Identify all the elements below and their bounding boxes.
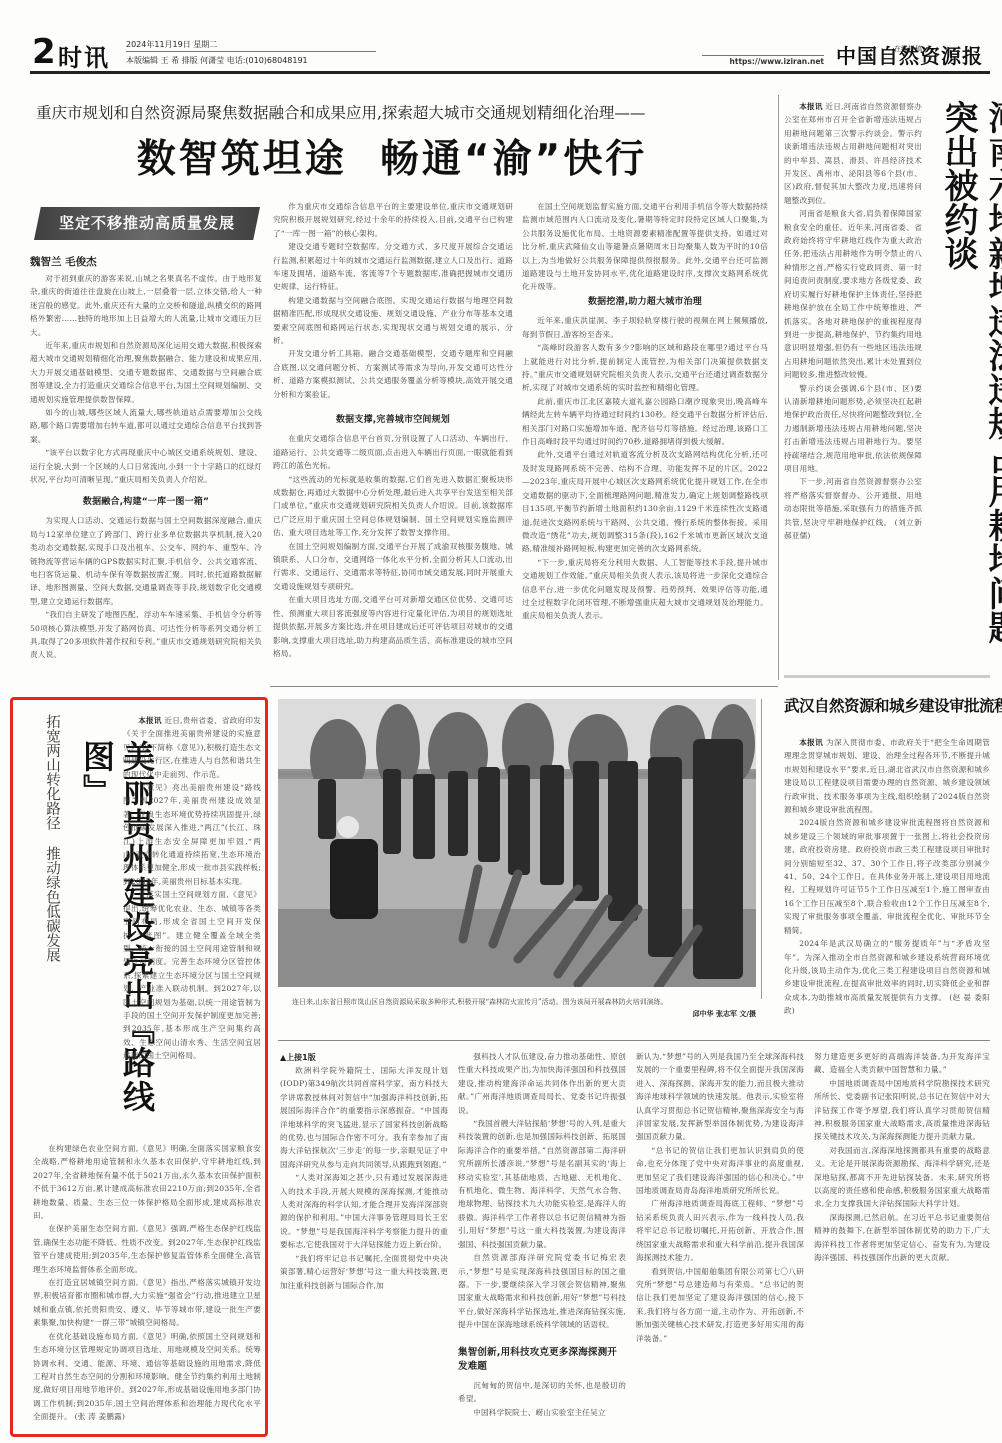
photo-image [278, 699, 756, 987]
ocean-column-2b: 集智创新,用科技攻克更多深海探测开发难题 沉甸甸的贺信中,是深切的关怀,也是殷切… [458, 1340, 626, 1440]
paragraph: 在打造宜居城镇空间方面,《意见》指出,严格落实城镇开发边界,积极培育都市圈和城市… [33, 1276, 261, 1330]
subhead-data-mining: 数据挖潜,助力超大城市治理 [522, 296, 768, 309]
paragraph: “我们将牢记总书记嘱托,全面贯彻党中央决策部署,精心运营好‘梦想’号这一重大科技… [280, 1252, 448, 1292]
column-divider [778, 95, 779, 680]
paragraph: 在重大项目选址方面,交通平台可对新增交通区位优势、交通可达性、预测重大项目客流强… [273, 593, 513, 660]
paragraph: 在落实国土空间规划方面,《意见》提出,统筹优化农业、生态、城镇等各类空间布局,形… [123, 888, 261, 1062]
paragraph: 构建交通数据与空间融合底图。实现交通运行数据与地理空间数据精准匹配,形成现状交通… [273, 294, 513, 348]
paragraph: 努力建造更多更好的高端海洋装备,为开发海洋宝藏、造福全人类贡献中国智慧和力量。” [814, 1050, 990, 1077]
lead-byline: 魏智兰 毛俊杰 [30, 254, 97, 269]
paragraph: “人类对深海知之甚少,只有通过发展深海进入的技术手段,开展大规模的深海探测,才能… [280, 1171, 448, 1251]
subhead-data-fusion: 数据融合,构建“一库一图一箱” [30, 496, 262, 509]
paragraph: 建设交通专题时空数据库。分交通方式、多尺度开展综合交通运行监测,积累超过十年的城… [273, 240, 513, 294]
paragraph: “高峰时段游客人数有多少?影响的区域和路段在哪里?通过平台马上就能进行对比分析,… [522, 341, 768, 395]
paragraph: 对我国而言,深海深地探测都具有重要的战略意义。无论是开展深海资源勘探、海洋科学研… [814, 1144, 990, 1211]
henan-body: 本报讯 近日,河南省自然资源督察办公室在郑州市召开全省新增违法违规占用耕地问题第… [784, 100, 922, 660]
paragraph: 自然资源部海洋研究院党委书记梅宏表示,“梦想”号是实现深海科技强国目标的国之重器… [458, 1251, 626, 1331]
paragraph: 《意见》亮出美丽贵州建设“路线图”:到2027年,美丽贵州建设成效显著。优良生态… [123, 781, 261, 888]
guizhou-body-bottom: 在构建绿色农业空间方面,《意见》明确,全面落实国家粮食安全战略,严格耕地用途管制… [33, 1142, 261, 1432]
lead-headline: 数智筑坦途 畅通“渝”快行 [82, 128, 702, 184]
paragraph: 警示约谈会强调,6个县(市、区)要认清新增耕地问题形势,必须坚决扛起耕地保护政治… [784, 382, 922, 476]
lead-column-3: 在国土空间规划监督实施方面,交通平台利用手机信令等大数据持续监测市域范围内人口流… [522, 200, 768, 296]
guizhou-credit: (张 涛 姜鹏露) [75, 1412, 126, 1421]
paragraph: 为实现人口活动、交通运行数据与国土空间数据深度融合,重庆局与12家单位建立了跨部… [30, 514, 262, 608]
paragraph: 此外,交通平台通过对轨道客流分析及次支路网结构优化分析,还可及时发现路网系统不完… [522, 448, 768, 555]
paragraph: “这些流动的光标就是收集的数据,它们首先进入数据汇聚板块形成数据仓,再通过大数据… [273, 473, 513, 540]
subhead-deep-sea: 集智创新,用科技攻克更多深海探测开发难题 [458, 1346, 626, 1374]
guizhou-subtitle: 拓宽两山转化路径 推动绿色低碳发展 [43, 714, 61, 1134]
photo-credit: 邱中华 张志军 文/摄 [278, 1008, 756, 1020]
ocean-column-3: 新认为,“梦想”号的入列是我国乃至全球深海科技发展的一个重要里程碑,将不仅全面提… [636, 1050, 804, 1436]
ocean-column-1: 欧洲科学院外籍院士、国际大洋发现计划(IODP)第349航次共同首席科学家、南方… [280, 1064, 448, 1436]
lead-column-2b: 数据支撑,完善城市空间规划 在重庆交通综合信息平台首页,分别设置了人口活动、车辆… [273, 408, 513, 683]
paragraph: 在保护美丽生态空间方面,《意见》强调,严格生态保护红线监管,确保生态功能不降低、… [33, 1222, 261, 1276]
date-divider [126, 51, 376, 52]
paragraph: 在国土空间规划编制方面,交通平台开展了成渝双核服务腹地、城镇联系、人口分布、交通… [273, 540, 513, 594]
guizhou-lead-label: 本报讯 [138, 716, 162, 725]
paragraph: “下一步,重庆局将充分利用大数据、人工智能等技术手段,提升城市交通规划工作效能。… [522, 556, 768, 623]
paragraph: “我们自主研发了地图匹配、浮动车车速采集、手机信令分析等50项核心算法模型,开发… [30, 608, 262, 662]
lead-kicker: 重庆市规划和自然资源局聚焦数据融合和成果应用,探索超大城市交通规划精细化治理—— [36, 101, 516, 123]
paragraph: 在优化基础设施布局方面,《意见》明确,依照国土空间规划和生态环境分区管理规定协调… [33, 1332, 261, 1421]
paragraph: 在重庆交通综合信息平台首页,分别设置了人口活动、车辆出行、道路运行、公共交通等二… [273, 432, 513, 472]
paragraph: 近年来,重庆市规划和自然资源局深化运用交通大数据,积极探索超大城市交通规划精细化… [30, 339, 262, 406]
masthead-rule [30, 71, 990, 74]
caption-text: 连日来,山东省日照市岚山区自然资源局采取多种形式,积极开展“森林防火宣传月”活动… [278, 998, 668, 1006]
paragraph: 近日,河南省自然资源督察办公室在郑州市召开全省新增违法违规占用耕地问题第三次警示… [784, 102, 922, 205]
paragraph: 中国科学院院士、崂山实验室主任吴立 [458, 1406, 626, 1419]
henan-lead-label: 本报讯 [799, 102, 823, 111]
section-banner: 坚定不移推动高质量发展 [34, 207, 260, 240]
paragraph: 在构建绿色农业空间方面,《意见》明确,全面落实国家粮食安全战略,严格耕地用途管制… [33, 1142, 261, 1222]
paragraph: 近年来,重庆洪崖洞、李子坝轻轨穿楼行驶的视频在网上频频播放,每到节假日,游客纷至… [522, 314, 768, 341]
section-name: 时讯 [58, 38, 110, 73]
paragraph: 欧洲科学院外籍院士、国际大洋发现计划(IODP)第349航次共同首席科学家、南方… [280, 1064, 448, 1171]
lead-column-2: 作为重庆市交通综合信息平台的主要建设单位,重庆市交通规划研究院积极开展规划研究,… [273, 200, 513, 408]
paragraph: 中国地质调查局中国地质科学院勘探技术研究所所长、党委副书记张阳明说,总书记在贺信… [814, 1077, 990, 1144]
wuhan-lead-label: 本报讯 [799, 738, 823, 747]
paragraph: 作为重庆市交通综合信息平台的主要建设单位,重庆市交通规划研究院积极开展规划研究,… [273, 200, 513, 240]
issue-date: 2024年11月19日 星期二 [126, 39, 217, 50]
section-divider [270, 686, 778, 687]
paragraph: 新认为,“梦想”号的入列是我国乃至全球深海科技发展的一个重要里程碑,将不仅全面提… [636, 1050, 804, 1144]
paragraph: “我国首艘大洋钻探船‘梦想’号的入列,是重大科技装置的创新,也是加强国际科技创新… [458, 1117, 626, 1251]
paragraph: “该平台以数字化方式再现重庆中心城区交通系统规划、建设、运行全貌,大到一个区域的… [30, 446, 262, 484]
lead-column-1: 对于初到重庆的游客来说,山城之名果真名不虚传。由于地形复杂,重庆的街道往往盘旋在… [30, 272, 262, 484]
paragraph: 在国土空间规划监督实施方面,交通平台利用手机信令等大数据持续监测市域范围内人口流… [522, 200, 768, 294]
guizhou-story-highlight: 拓宽两山转化路径 推动绿色低碳发展 美丽贵州建设亮出『路线图』 本报讯 近日,贵… [10, 697, 268, 1437]
ocean-column-2: 强科技人才队伍建设,奋力推动基础性、原创性重大科技成果产出,为加快海洋强国和科技… [458, 1050, 626, 1340]
section-divider [278, 1040, 990, 1041]
url-divider [702, 55, 824, 56]
column-divider [761, 699, 762, 999]
ocean-column-4: 努力建造更多更好的高端海洋装备,为开发海洋宝藏、造福全人类贡献中国智慧和力量。”… [814, 1050, 990, 1436]
photo-caption: 连日来,山东省日照市岚山区自然资源局采取多种形式,积极开展“森林防火宣传月”活动… [278, 996, 756, 1020]
paragraph: 看到贺信,中国船舶集团有限公司第七〇八研究所“梦想”号总建造师与有荣焉。“总书记… [636, 1265, 804, 1345]
paragraph: 为深入贯彻市委、市政府关于“把全生命周期管理理念贯穿城市规划、建设、治理全过程各… [784, 738, 990, 814]
wuhan-body: 本报讯 为深入贯彻市委、市政府关于“把全生命周期管理理念贯穿城市规划、建设、治理… [784, 736, 990, 1021]
paragraph: “总书记的贺信让我们更加认识到肩负的使命,也充分体现了党中央对海洋事业的高度重视… [636, 1144, 804, 1198]
paragraph: 开发交通分析工具箱。融合交通基础模型、交通专题库和空间融合底图,以交通问题分析、… [273, 347, 513, 401]
guizhou-body-top: 本报讯 近日,贵州省委、省政府印发《关于全面推进美丽贵州建设的实施意见》(以下简… [123, 714, 261, 1144]
henan-headline: 河南六地新增违法违规占用耕地问题突出被约谈 [936, 100, 1002, 660]
paragraph: 强科技人才队伍建设,奋力推动基础性、原创性重大科技成果产出,为加快海洋强国和科技… [458, 1050, 626, 1117]
lead-column-3b: 数据挖潜,助力超大城市治理 近年来,重庆洪崖洞、李子坝轻轨穿楼行驶的视频在网上频… [522, 290, 768, 690]
paragraph: 广州海洋地质调查局海底工程师、“梦想”号钻采系统负责人田兴表示,作为一线科技人员… [636, 1197, 804, 1264]
page-number: 2 [32, 35, 56, 69]
continued-from-label: ▲上接1版 [280, 1052, 316, 1063]
paragraph: 河南省是粮食大省,肩负着保障国家粮食安全的重任。近年来,河南省委、省政府始终将守… [784, 207, 922, 381]
section-divider [784, 675, 990, 678]
paper-name: 中国自然资源报 [836, 40, 983, 69]
paragraph: 此前,重庆市江北区嘉陵大道礼嘉公园路口潮汐现象突出,晚高峰车辆经此左转车辆平均待… [522, 395, 768, 449]
section-banner-text: 坚定不移推动高质量发展 [34, 207, 260, 240]
paragraph: 2024版自然资源和城乡建设审批流程图将自然资源和城乡建设三个领域的审批事项置于… [784, 816, 990, 937]
paragraph: 对于初到重庆的游客来说,山城之名果真名不虚传。由于地形复杂,重庆的街道往往盘旋在… [30, 272, 262, 339]
paragraph: 如今的山城,哪些区域人流量大,哪些轨道站点需要增加公交线路,哪个路口需要增加右转… [30, 406, 262, 446]
paragraph: 深海探测,已然启航。在习近平总书记重要贺信精神的鼓舞下,在新型举国体制优势的助力… [814, 1211, 990, 1265]
subhead-data-support: 数据支撑,完善城市空间规划 [273, 414, 513, 427]
photo-illustration [278, 699, 756, 987]
wuhan-headline: 武汉自然资源和城乡建设审批流程图更新 [784, 694, 990, 716]
paragraph: 沉甸甸的贺信中,是深切的关怀,也是殷切的希望。 [458, 1379, 626, 1406]
submission-link[interactable]: https://www.iziran.net [700, 57, 824, 66]
page-credits: 本版编辑 王 希 排版 何潇莹 电话:(010)68048191 [126, 55, 308, 66]
paragraph: 近日,贵州省委、省政府印发《关于全面推进美丽贵州建设的实施意见》(以下简称《意见… [123, 716, 261, 779]
lead-column-1b: 数据融合,构建“一库一图一箱” 为实现人口活动、交通运行数据与国土空间数据深度融… [30, 490, 262, 680]
